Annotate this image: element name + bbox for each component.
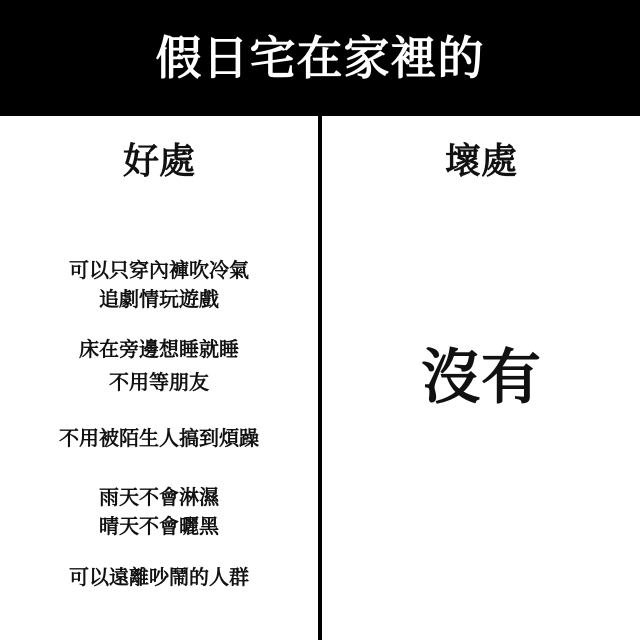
pros-item-1-line-2: 追劇情玩遊戲 — [0, 286, 318, 312]
cons-heading: 壞處 — [322, 140, 640, 184]
pros-heading: 好處 — [0, 140, 318, 184]
cons-content: 沒有 — [322, 340, 640, 416]
pros-item-1-line-1: 可以只穿內褲吹冷氣 — [0, 257, 318, 283]
pros-item-4-line-1: 雨天不會淋濕 — [0, 484, 318, 510]
pros-item-2-line-1: 床在旁邊想睡就睡 — [0, 336, 318, 362]
pros-item-4-line-2: 晴天不會曬黑 — [0, 513, 318, 539]
pros-item-2-line-2: 不用等朋友 — [0, 369, 318, 395]
pros-item-5-line-1: 可以遠離吵鬧的人群 — [0, 564, 318, 590]
pros-item-3-line-1: 不用被陌生人搞到煩躁 — [0, 425, 318, 451]
page-title: 假日宅在家裡的 — [0, 0, 640, 116]
title-banner: 假日宅在家裡的 — [0, 0, 640, 116]
